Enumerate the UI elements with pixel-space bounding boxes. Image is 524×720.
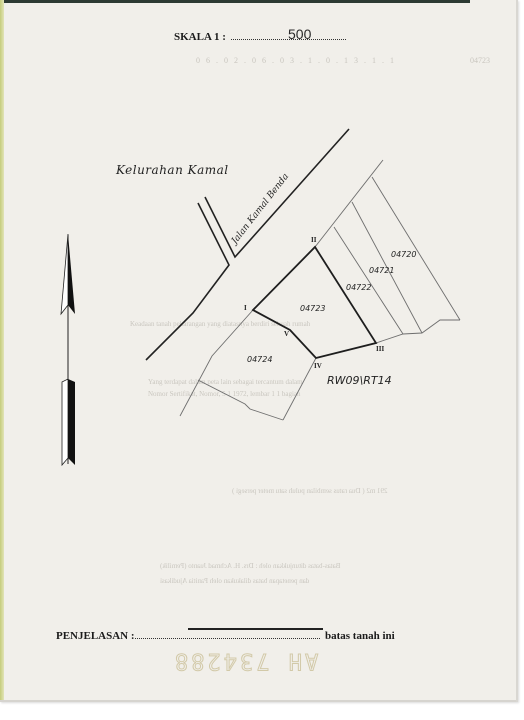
vertex-label-iii: III <box>376 345 384 353</box>
parcel-label-04723: 04723 <box>300 304 325 313</box>
parcel-label-04721: 04721 <box>369 266 394 275</box>
footer-dotted-line <box>135 638 320 639</box>
boundary-legend-line <box>188 628 323 630</box>
vertex-label-v: V <box>284 330 289 338</box>
parcel-label-04722: 04722 <box>346 283 371 292</box>
vertex-label-i: I <box>244 304 247 312</box>
survey-sheet: 0 6 . 0 2 . 0 6 . 0 3 . 1 . 0 . 1 3 . 1 … <box>0 0 518 702</box>
area-label: Kelurahan Kamal <box>116 163 229 177</box>
rw-rt-label: RW09\RT14 <box>327 374 392 387</box>
serial-stamp: AH 734288 <box>172 648 318 673</box>
footer-label: PENJELASAN : <box>56 630 135 642</box>
footer-legend-text: batas tanah ini <box>325 630 395 642</box>
vertex-label-ii: II <box>311 236 316 244</box>
parcel-map <box>0 0 516 702</box>
parcel-label-04724: 04724 <box>247 355 272 364</box>
parcel-boundaries <box>180 160 460 420</box>
vertex-label-iv: IV <box>314 362 322 370</box>
parcel-label-04720: 04720 <box>391 250 416 259</box>
north-arrow-icon <box>61 234 75 465</box>
